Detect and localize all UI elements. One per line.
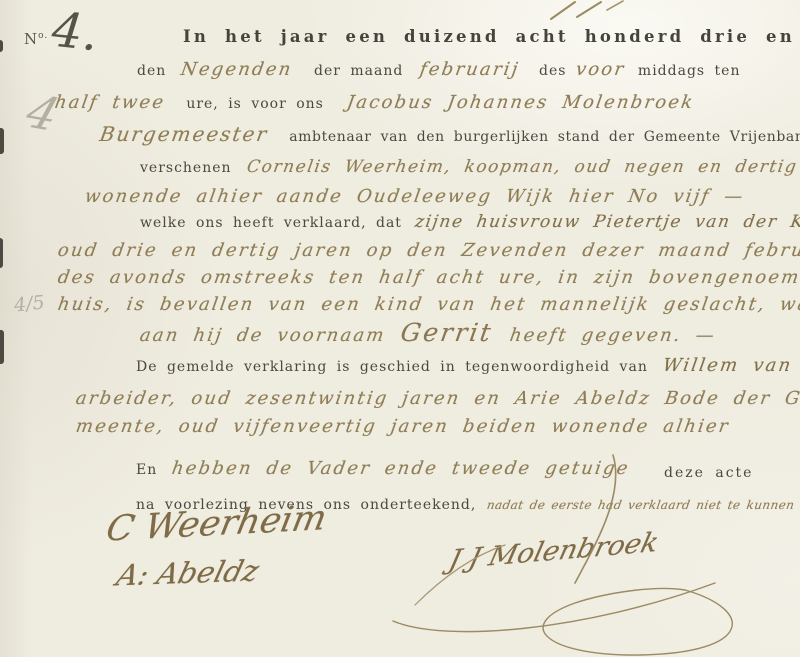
- printed-text: den: [137, 63, 166, 79]
- printed-text: middags ten: [638, 63, 741, 79]
- printed-text: verschenen: [140, 160, 232, 176]
- pencil-margin-mark-bottom: 4/5: [13, 291, 46, 316]
- line-witness-details-1: arbeider, oud zesentwintig jaren en Arie…: [76, 388, 800, 409]
- corner-pen-strokes: [545, 0, 655, 26]
- printed-text: De gemelde verklaring is geschied in teg…: [136, 359, 648, 375]
- printed-text: ure, is voor ons: [186, 96, 324, 112]
- no-superscript: o.: [38, 31, 48, 41]
- printed-text: ambtenaar van den burgerlijken stand der…: [289, 129, 800, 145]
- scan-edge-artifact: [0, 128, 4, 154]
- line-child-name: aan hij de voornaam Gerrit heeft gegeven…: [140, 318, 716, 347]
- handwritten-residence: wonende alhier aande Oudeleeweg Wijk hie…: [83, 186, 746, 207]
- handwritten-declarant: Cornelis Weerheim, koopman, oud negen en…: [245, 157, 800, 177]
- handwritten-hour: half twee: [53, 92, 167, 113]
- line-witnesses-intro: De gemelde verklaring is geschied in teg…: [136, 355, 800, 376]
- handwritten-day: Negenden: [180, 59, 295, 80]
- handwritten-text: arbeider, oud zesentwintig jaren en Arie…: [74, 388, 800, 409]
- act-number-handwritten: 4.: [49, 2, 100, 62]
- handwritten-text: oud drie en dertig jaren op den Zevenden…: [56, 240, 800, 261]
- line-opening-year: In het jaar een duizend acht honderd dri…: [183, 27, 800, 46]
- printed-text: der maand: [314, 63, 403, 79]
- scan-edge-artifact: [0, 330, 4, 364]
- handwritten-text: huis, is bevallen van een kind van het m…: [56, 294, 800, 315]
- printed-text: In het jaar een duizend acht honderd dri…: [183, 27, 800, 46]
- birth-certificate-scan: No. 4. 4 4/5 In het jaar een duizend ach…: [0, 0, 800, 657]
- scan-edge-artifact: [0, 40, 3, 52]
- handwritten-mother-name: zijne huisvrouw Pietertje van der Kooij,: [413, 212, 800, 232]
- handwritten-daypart: voor: [574, 59, 627, 80]
- line-date-time: den Negenden der maand februarij des voo…: [137, 59, 740, 80]
- handwritten-text: des avonds omstreeks ten half acht ure, …: [56, 267, 800, 288]
- line-hour-registrar: half twee ure, is voor ons Jacobus Johan…: [55, 92, 694, 113]
- handwritten-text: aan hij de voornaam: [138, 325, 387, 346]
- line-registrar-title: Burgemeester ambtenaar van den burgerlij…: [100, 122, 800, 146]
- handwritten-registrar-name: Jacobus Johannes Molenbroek: [345, 92, 696, 113]
- handwritten-witness1-name: Willem van Baarle: [661, 355, 800, 376]
- no-text: N: [24, 30, 38, 48]
- signature-flourish: [385, 425, 785, 657]
- line-declaration-mother: welke ons heeft verklaard, dat zijne hui…: [140, 212, 800, 232]
- line-declarant: verschenen Cornelis Weerheim, koopman, o…: [140, 157, 800, 177]
- line-residence: wonende alhier aande Oudeleeweg Wijk hie…: [85, 186, 745, 207]
- printed-text: En: [136, 462, 157, 478]
- line-birth-gender: huis, is bevallen van een kind van het m…: [58, 294, 800, 315]
- act-number-label: No.: [24, 30, 48, 48]
- printed-text: welke ons heeft verklaard, dat: [140, 215, 402, 231]
- line-birth-time-place: des avonds omstreeks ten half acht ure, …: [58, 267, 800, 288]
- handwritten-child-name: Gerrit: [399, 318, 495, 347]
- handwritten-title: Burgemeester: [98, 122, 270, 146]
- line-mother-age-date: oud drie en dertig jaren op den Zevenden…: [58, 240, 800, 261]
- handwritten-text: heeft gegeven. —: [508, 325, 717, 346]
- handwritten-month: februarij: [419, 59, 522, 80]
- signature-witness: A: Abeldz: [113, 554, 263, 593]
- scan-edge-artifact: [0, 238, 3, 268]
- printed-text: des: [539, 63, 566, 79]
